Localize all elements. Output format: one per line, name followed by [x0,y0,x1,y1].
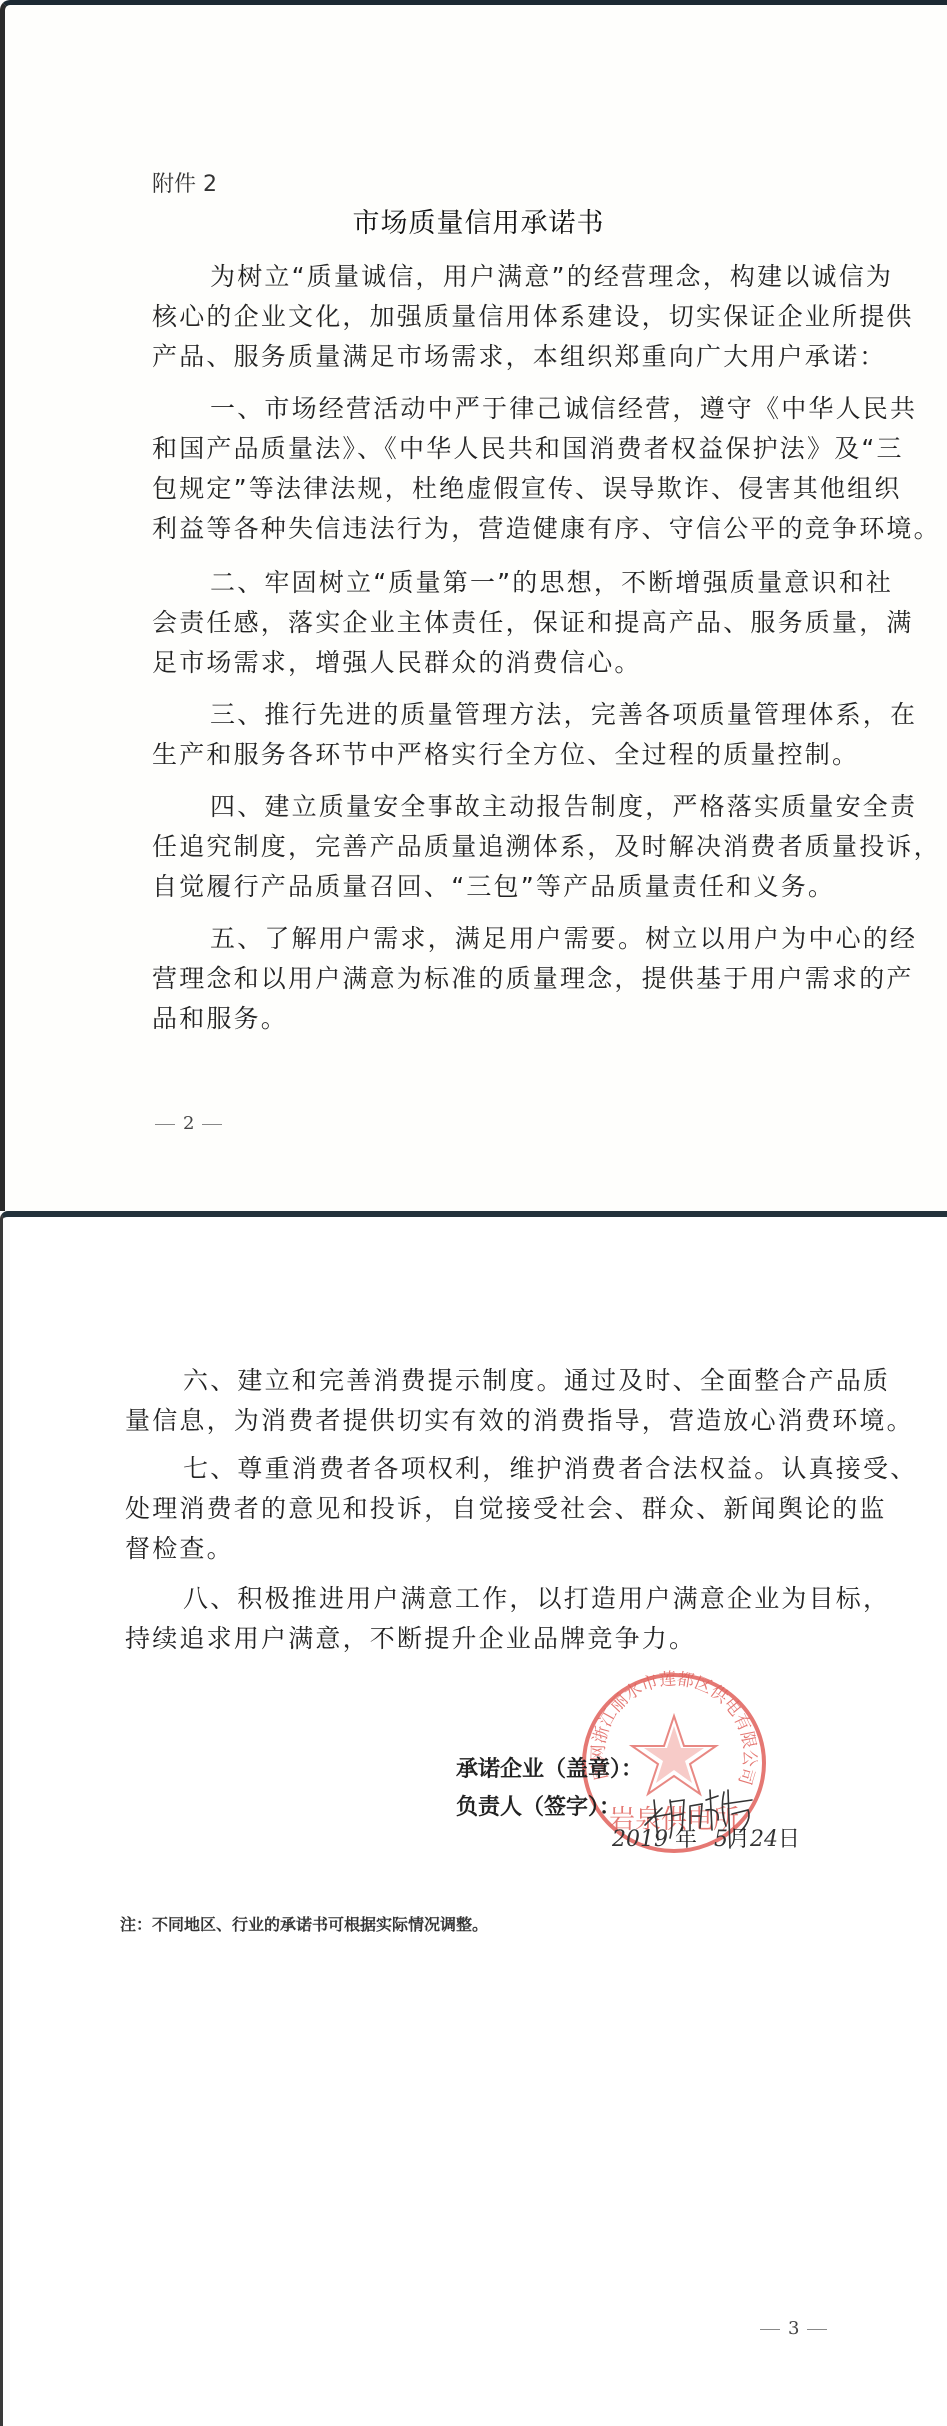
company-seal-label: 承诺企业（盖章）： [456,1752,643,1783]
signature-date: 2019 年 5月24日 [612,1822,800,1853]
text-line: 量信息，为消费者提供切实有效的消费指导，营造放心消费环境。 [125,1401,831,1441]
text-line: 会责任感，落实企业主体责任，保证和提高产品、服务质量，满 [152,603,858,643]
pledge-item-3: 三、推行先进的质量管理方法，完善各项质量管理体系，在 生产和服务各环节中严格实行… [152,695,858,775]
text-line: 督检查。 [125,1529,831,1569]
text-line: 生产和服务各环节中严格实行全方位、全过程的质量控制。 [152,735,858,775]
pledge-item-4: 四、建立质量安全事故主动报告制度，严格落实质量安全责 任追究制度，完善产品质量追… [152,787,858,907]
text-line: 足市场需求，增强人民群众的消费信心。 [152,643,858,683]
text-line: 自觉履行产品质量召回、“三包”等产品质量责任和义务。 [152,867,858,907]
text-line: 利益等各种失信违法行为，营造健康有序、守信公平的竞争环境。 [152,509,858,549]
document-title: 市场质量信用承诺书 [5,201,947,240]
text-line: 营理念和以用户满意为标准的质量理念，提供基于用户需求的产 [152,959,858,999]
text-line: 七、尊重消费者各项权利，维护消费者合法权益。认真接受、 [125,1449,831,1489]
text-line: 四、建立质量安全事故主动报告制度，严格落实质量安全责 [152,787,858,827]
pledge-item-2: 二、牢固树立“质量第一”的思想，不断增强质量意识和社 会责任感，落实企业主体责任… [152,563,858,683]
responsible-person-label: 负责人（签字）： [456,1790,621,1821]
document-page-2: 附件 2 市场质量信用承诺书 为树立“质量诚信，用户满意”的经营理念，构建以诚信… [0,0,947,1211]
text-line: 持续追求用户满意，不断提升企业品牌竞争力。 [125,1619,831,1659]
pledge-item-1: 一、市场经营活动中严于律己诚信经营，遵守《中华人民共 和国产品质量法》、《中华人… [152,389,858,549]
page-number: 3 [752,2318,835,2339]
pledge-item-6: 六、建立和完善消费提示制度。通过及时、全面整合产品质 量信息，为消费者提供切实有… [125,1361,831,1441]
text-line: 三、推行先进的质量管理方法，完善各项质量管理体系，在 [152,695,858,735]
text-line: 核心的企业文化，加强质量信用体系建设，切实保证企业所提供 [152,297,858,337]
footnote: 注：不同地区、行业的承诺书可根据实际情况调整。 [120,1912,488,1935]
text-line: 为树立“质量诚信，用户满意”的经营理念，构建以诚信为 [152,257,858,297]
page-number: 2 [147,1113,230,1134]
text-line: 二、牢固树立“质量第一”的思想，不断增强质量意识和社 [152,563,858,603]
text-line: 处理消费者的意见和投诉，自觉接受社会、群众、新闻舆论的监 [125,1489,831,1529]
text-line: 六、建立和完善消费提示制度。通过及时、全面整合产品质 [125,1361,831,1401]
text-line: 包规定”等法律法规，杜绝虚假宣传、误导欺诈、侵害其他组织 [152,469,858,509]
pledge-item-5: 五、了解用户需求，满足用户需要。树立以用户为中心的经 营理念和以用户满意为标准的… [152,919,858,1039]
text-line: 产品、服务质量满足市场需求，本组织郑重向广大用户承诺： [152,337,858,377]
intro-paragraph: 为树立“质量诚信，用户满意”的经营理念，构建以诚信为 核心的企业文化，加强质量信… [152,257,858,377]
text-line: 八、积极推进用户满意工作，以打造用户满意企业为目标， [125,1579,831,1619]
text-line: 和国产品质量法》、《中华人民共和国消费者权益保护法》及“三 [152,429,858,469]
text-line: 五、了解用户需求，满足用户需要。树立以用户为中心的经 [152,919,858,959]
pledge-item-7: 七、尊重消费者各项权利，维护消费者合法权益。认真接受、 处理消费者的意见和投诉，… [125,1449,831,1569]
text-line: 一、市场经营活动中严于律己诚信经营，遵守《中华人民共 [152,389,858,429]
text-line: 任追究制度，完善产品质量追溯体系，及时解决消费者质量投诉， [152,827,858,867]
attachment-label: 附件 2 [152,167,217,198]
pledge-item-8: 八、积极推进用户满意工作，以打造用户满意企业为目标， 持续追求用户满意，不断提升… [125,1579,831,1659]
text-line: 品和服务。 [152,999,858,1039]
